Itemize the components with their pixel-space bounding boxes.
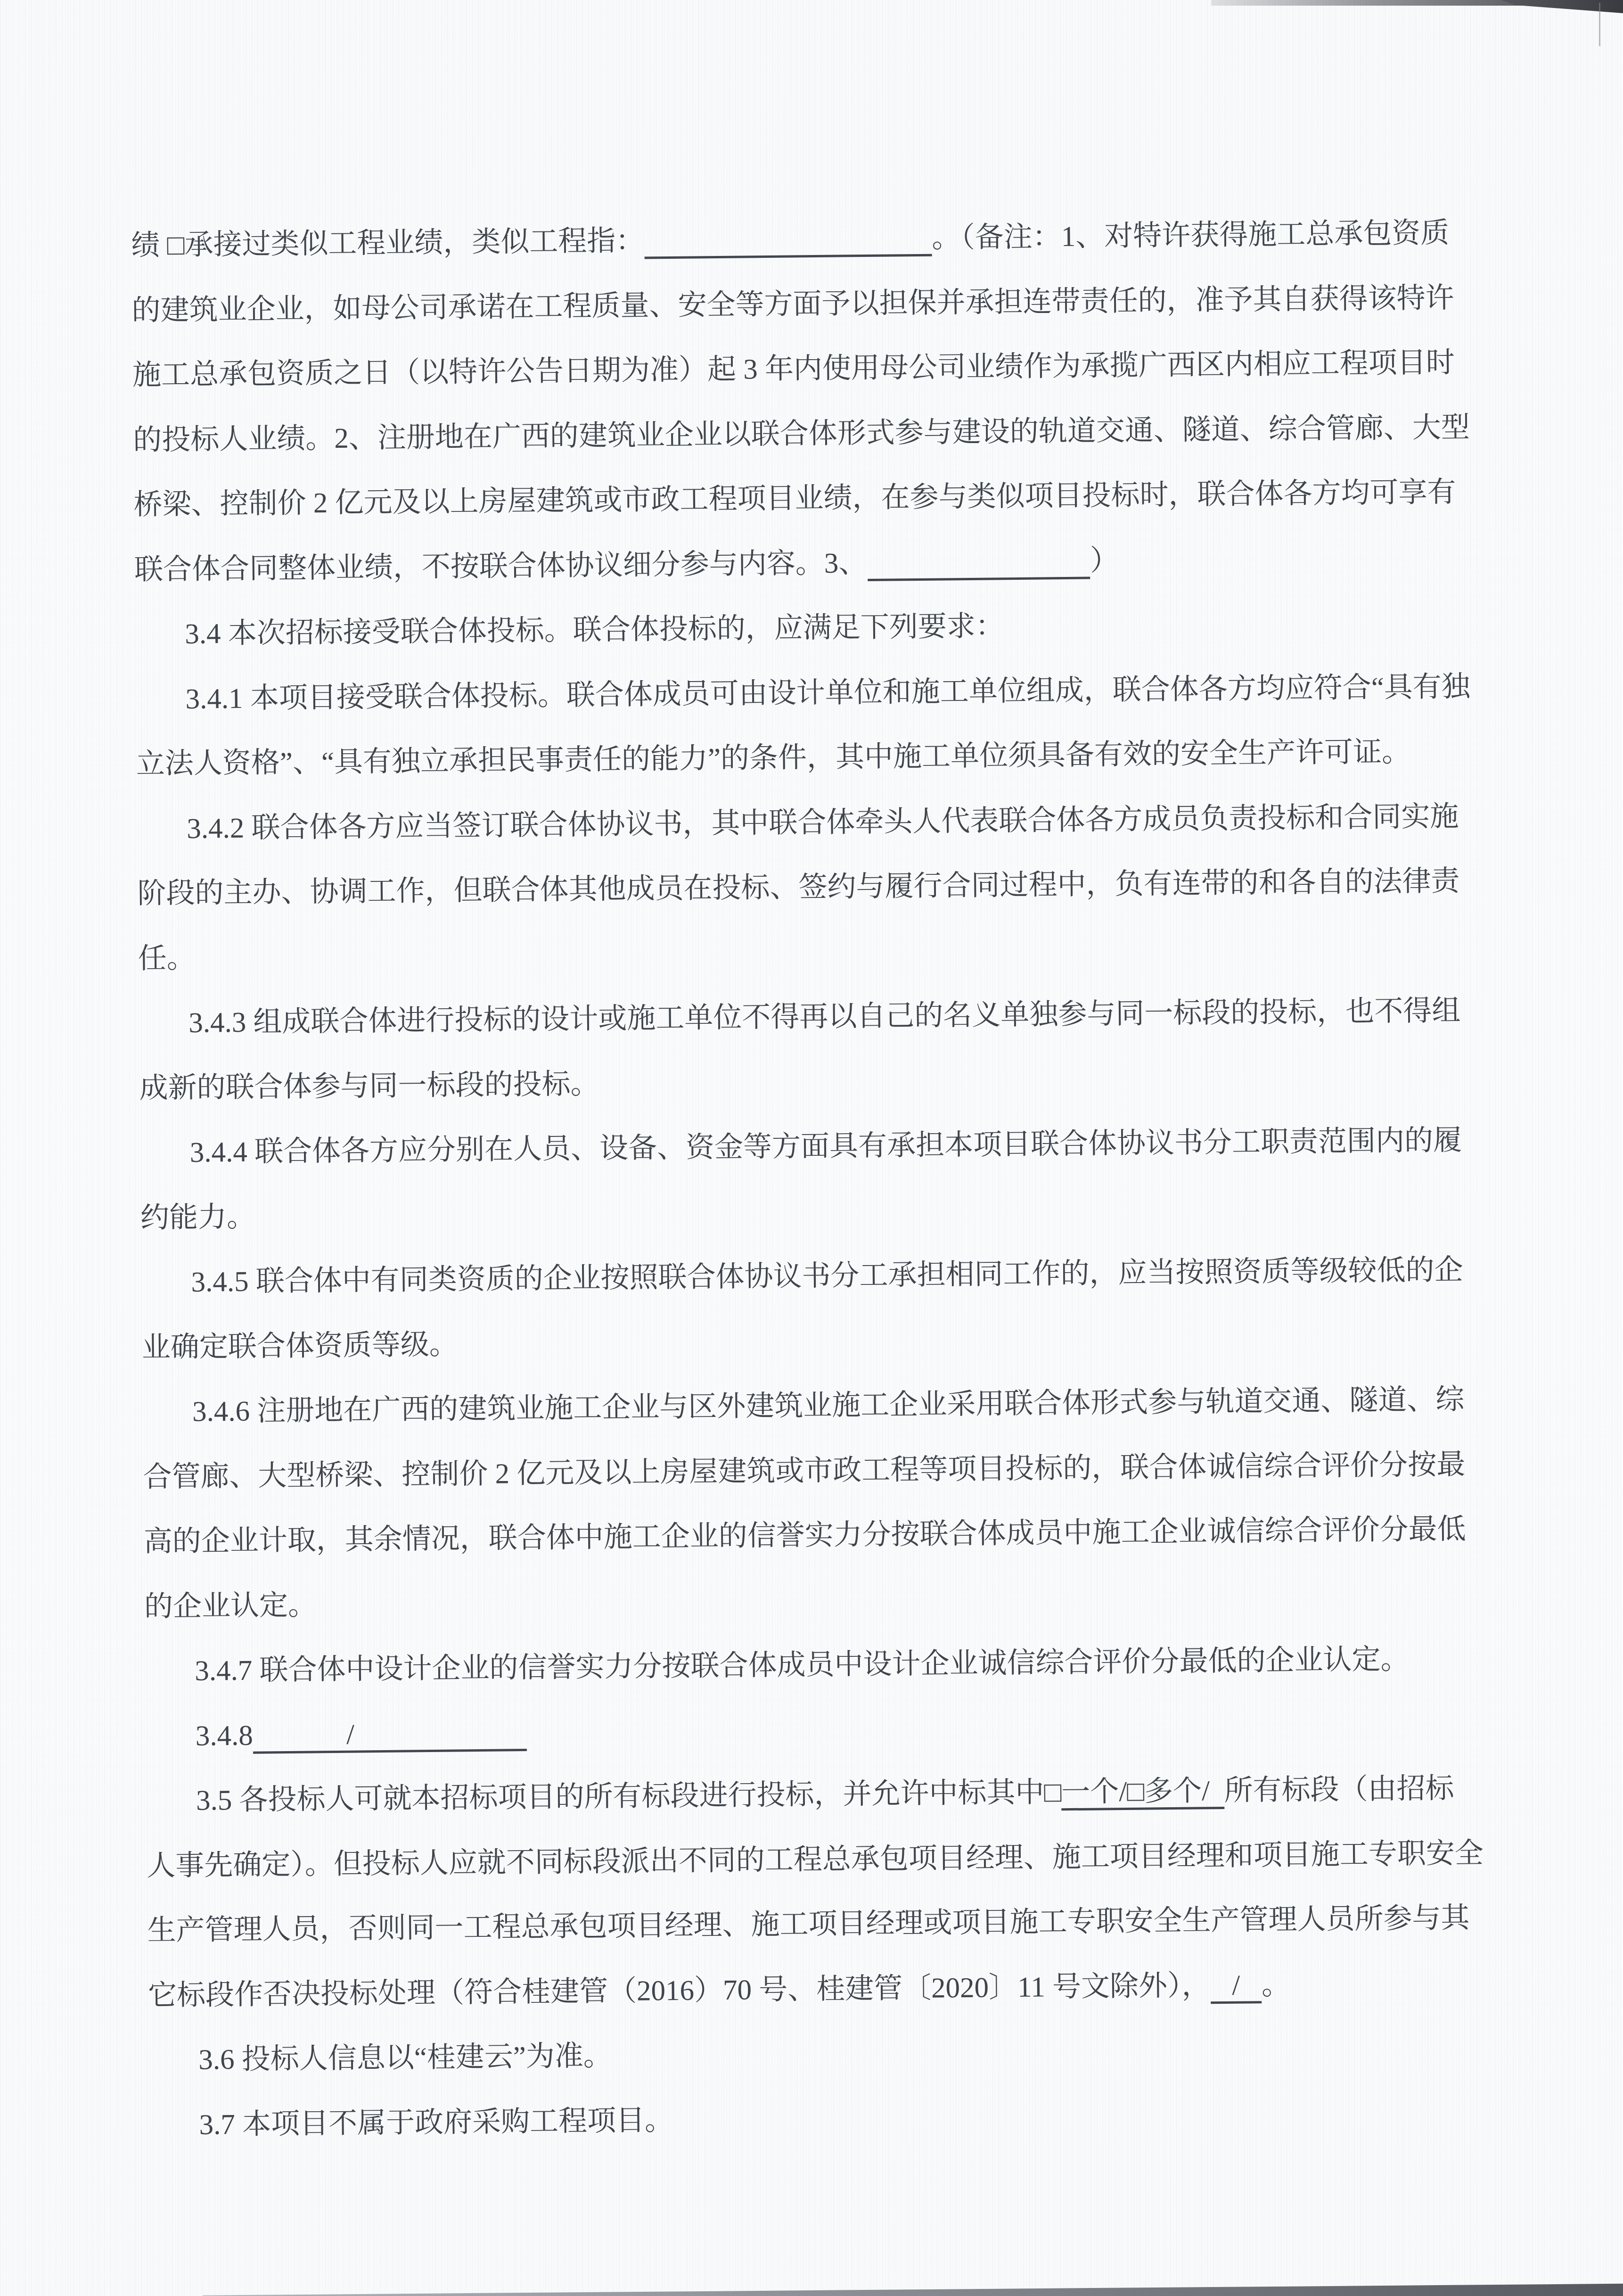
text-segment: 。（备注：1、对特许获得施工总承包资质 — [932, 217, 1450, 254]
text-segment: 业确定联合体资质等级。 — [141, 1329, 458, 1363]
text-segment: 合管廊、大型桥梁、控制价 2 亿元及以上房屋建筑或市政工程等项目投标的，联合体诚… — [143, 1449, 1466, 1493]
text-segment: 桥梁、控制价 2 亿元及以上房屋建筑或市政工程项目业绩，在参与类似项目投标时，联… — [133, 477, 1456, 521]
text-segment: 联合体合同整体业绩，不按联合体协议细分参与内容。3、 — [134, 547, 868, 586]
text-line: 3.5 各投标人可就本招标项目的所有标段进行投标，并允许中标其中□一个/□多个/… — [196, 1771, 1454, 1819]
text-line: 约能力。 — [140, 1200, 256, 1236]
text-segment: 3.6 投标人信息以“桂建云”为准。 — [198, 2040, 612, 2075]
text-segment: 阶段的主办、协调工作，但联合体其他成员在投标、签约与履行合同过程中，负有连带的和… — [137, 865, 1460, 910]
text-segment: 约能力。 — [140, 1201, 256, 1234]
text-line: 3.7 本项目不属于政府采购工程项目。 — [199, 2103, 673, 2143]
text-line: 3.4 本次招标接受联合体投标。联合体投标的，应满足下列要求： — [185, 609, 1004, 652]
text-line: 任。 — [138, 941, 196, 977]
text-line: 合管廊、大型桥梁、控制价 2 亿元及以上房屋建筑或市政工程等项目投标的，联合体诚… — [143, 1447, 1466, 1496]
underlined-blank: 一个/□多个/ — [1061, 1775, 1224, 1810]
scan-edge-top-right-corner — [1500, 0, 1623, 13]
text-line: 3.4.3 组成联合体进行投标的设计或施工单位不得再以自己的名义单独参与同一标段… — [189, 993, 1461, 1041]
text-segment: 的建筑业企业，如母公司承诺在工程质量、安全等方面予以担保并承担连带责任的，准予其… — [131, 282, 1454, 327]
underlined-blank: / — [253, 1717, 527, 1754]
text-segment: 它标段作否决投标处理（符合桂建管（2016）70 号、桂建管〔2020〕11 号… — [148, 1970, 1211, 2012]
text-segment: ） — [1090, 545, 1119, 577]
text-line: 3.4.7 联合体中设计企业的信誉实力分按联合体成员中设计企业诚信综合评价分最低… — [195, 1642, 1410, 1689]
text-segment: 的投标人业绩。2、注册地在广西的建筑业企业以联合体形式参与建设的轨道交通、隧道、… — [133, 412, 1470, 456]
text-line: 桥梁、控制价 2 亿元及以上房屋建筑或市政工程项目业绩，在参与类似项目投标时，联… — [133, 475, 1456, 523]
text-segment: 的企业认定。 — [144, 1589, 317, 1623]
scanned-document-page: 绩 □承接过类似工程业绩，类似工程指： 。（备注：1、对特许获得施工总承包资质的… — [0, 0, 1623, 2296]
scan-right-fold-line — [1599, 3, 1600, 46]
text-segment: 任。 — [138, 943, 196, 975]
text-segment: 成新的联合体参与同一标段的投标。 — [139, 1069, 599, 1104]
text-segment: 。 — [1262, 1969, 1291, 2001]
text-line: 施工总承包资质之日（以特许公告日期为准）起 3 年内使用母公司业绩作为承揽广西区… — [132, 345, 1455, 394]
document-text-block: 绩 □承接过类似工程业绩，类似工程指： 。（备注：1、对特许获得施工总承包资质的… — [129, 0, 1522, 2296]
text-line: 3.4.5 联合体中有同类资质的企业按照联合体协议书分工承担相同工作的，应当按照… — [191, 1252, 1463, 1300]
text-line: 立法人资格”、“具有独立承担民事责任的能力”的条件，其中施工单位须具备有效的安全… — [136, 734, 1411, 782]
text-segment: 3.4.2 联合体各方应当签订联合体协议书，其中联合体牵头人代表联合体各方成员负… — [187, 801, 1459, 845]
text-segment: 绩 □承接过类似工程业绩，类似工程指： — [131, 225, 645, 262]
text-line: 生产管理人员，否则同一工程总承包项目经理、施工项目经理或项目施工专职安全生产管理… — [147, 1901, 1470, 1949]
text-line: 绩 □承接过类似工程业绩，类似工程指： 。（备注：1、对特许获得施工总承包资质 — [131, 215, 1450, 264]
text-line: 它标段作否决投标处理（符合桂建管（2016）70 号、桂建管〔2020〕11 号… — [148, 1967, 1291, 2014]
text-line: 的投标人业绩。2、注册地在广西的建筑业企业以联合体形式参与建设的轨道交通、隧道、… — [133, 410, 1470, 459]
text-line: 3.4.4 联合体各方应分别在人员、设备、资金等方面具有承担本项目联合体协议书分… — [189, 1123, 1462, 1171]
text-line: 的企业认定。 — [144, 1588, 317, 1625]
text-line: 成新的联合体参与同一标段的投标。 — [139, 1067, 599, 1107]
text-line: 联合体合同整体业绩，不按联合体协议细分参与内容。3、 ） — [134, 543, 1119, 588]
text-line: 3.4.8 / — [195, 1715, 527, 1754]
underlined-blank — [644, 222, 932, 259]
text-line: 3.4.1 本项目接受联合体投标。联合体成员可由设计单位和施工单位组成，联合体各… — [185, 669, 1470, 717]
text-segment: 施工总承包资质之日（以特许公告日期为准）起 3 年内使用母公司业绩作为承揽广西区… — [132, 347, 1455, 391]
text-segment: 3.4 本次招标接受联合体投标。联合体投标的，应满足下列要求： — [185, 610, 1004, 650]
text-line: 业确定联合体资质等级。 — [141, 1327, 458, 1366]
text-segment: 3.4.3 组成联合体进行投标的设计或施工单位不得再以自己的名义单独参与同一标段… — [189, 995, 1461, 1039]
text-segment: 生产管理人员，否则同一工程总承包项目经理、施工项目经理或项目施工专职安全生产管理… — [147, 1902, 1470, 1947]
text-segment: 3.7 本项目不属于政府采购工程项目。 — [199, 2105, 673, 2141]
text-line: 3.6 投标人信息以“桂建云”为准。 — [198, 2038, 612, 2078]
text-segment: 人事先确定）。但投标人应就不同标段派出不同的工程总承包项目经理、施工项目经理和项… — [147, 1838, 1484, 1882]
text-segment: 立法人资格”、“具有独立承担民事责任的能力”的条件，其中施工单位须具备有效的安全… — [136, 736, 1411, 780]
text-segment: 所有标段（由招标 — [1224, 1773, 1454, 1807]
text-line: 高的企业计取，其余情况，联合体中施工企业的信誉实力分按联合体成员中施工企业诚信综… — [143, 1512, 1466, 1560]
text-line: 3.4.2 联合体各方应当签订联合体协议书，其中联合体牵头人代表联合体各方成员负… — [187, 799, 1459, 847]
text-line: 3.4.6 注册地在广西的建筑业施工企业与区外建筑业施工企业采用联合体形式参与轨… — [192, 1382, 1465, 1430]
text-segment: 3.4.6 注册地在广西的建筑业施工企业与区外建筑业施工企业采用联合体形式参与轨… — [192, 1384, 1465, 1428]
text-segment: 3.4.4 联合体各方应分别在人员、设备、资金等方面具有承担本项目联合体协议书分… — [190, 1125, 1462, 1169]
text-line: 的建筑业企业，如母公司承诺在工程质量、安全等方面予以担保并承担连带责任的，准予其… — [131, 280, 1454, 329]
text-segment: 3.4.5 联合体中有同类资质的企业按照联合体协议书分工承担相同工作的，应当按照… — [191, 1254, 1463, 1298]
text-segment: 3.4.1 本项目接受联合体投标。联合体成员可由设计单位和施工单位组成，联合体各… — [185, 671, 1470, 715]
text-line: 阶段的主办、协调工作，但联合体其他成员在投标、签约与履行合同过程中，负有连带的和… — [137, 864, 1460, 912]
text-segment: 3.4.7 联合体中设计企业的信誉实力分按联合体成员中设计企业诚信综合评价分最低… — [195, 1644, 1410, 1687]
text-segment: 3.4.8 — [195, 1720, 253, 1752]
underlined-blank — [867, 545, 1090, 581]
underlined-blank: / — [1210, 1969, 1262, 2004]
text-line: 人事先确定）。但投标人应就不同标段派出不同的工程总承包项目经理、施工项目经理和项… — [147, 1836, 1484, 1885]
text-segment: 3.5 各投标人可就本招标项目的所有标段进行投标，并允许中标其中□ — [196, 1777, 1062, 1817]
text-segment: 高的企业计取，其余情况，联合体中施工企业的信誉实力分按联合体成员中施工企业诚信综… — [143, 1514, 1466, 1558]
